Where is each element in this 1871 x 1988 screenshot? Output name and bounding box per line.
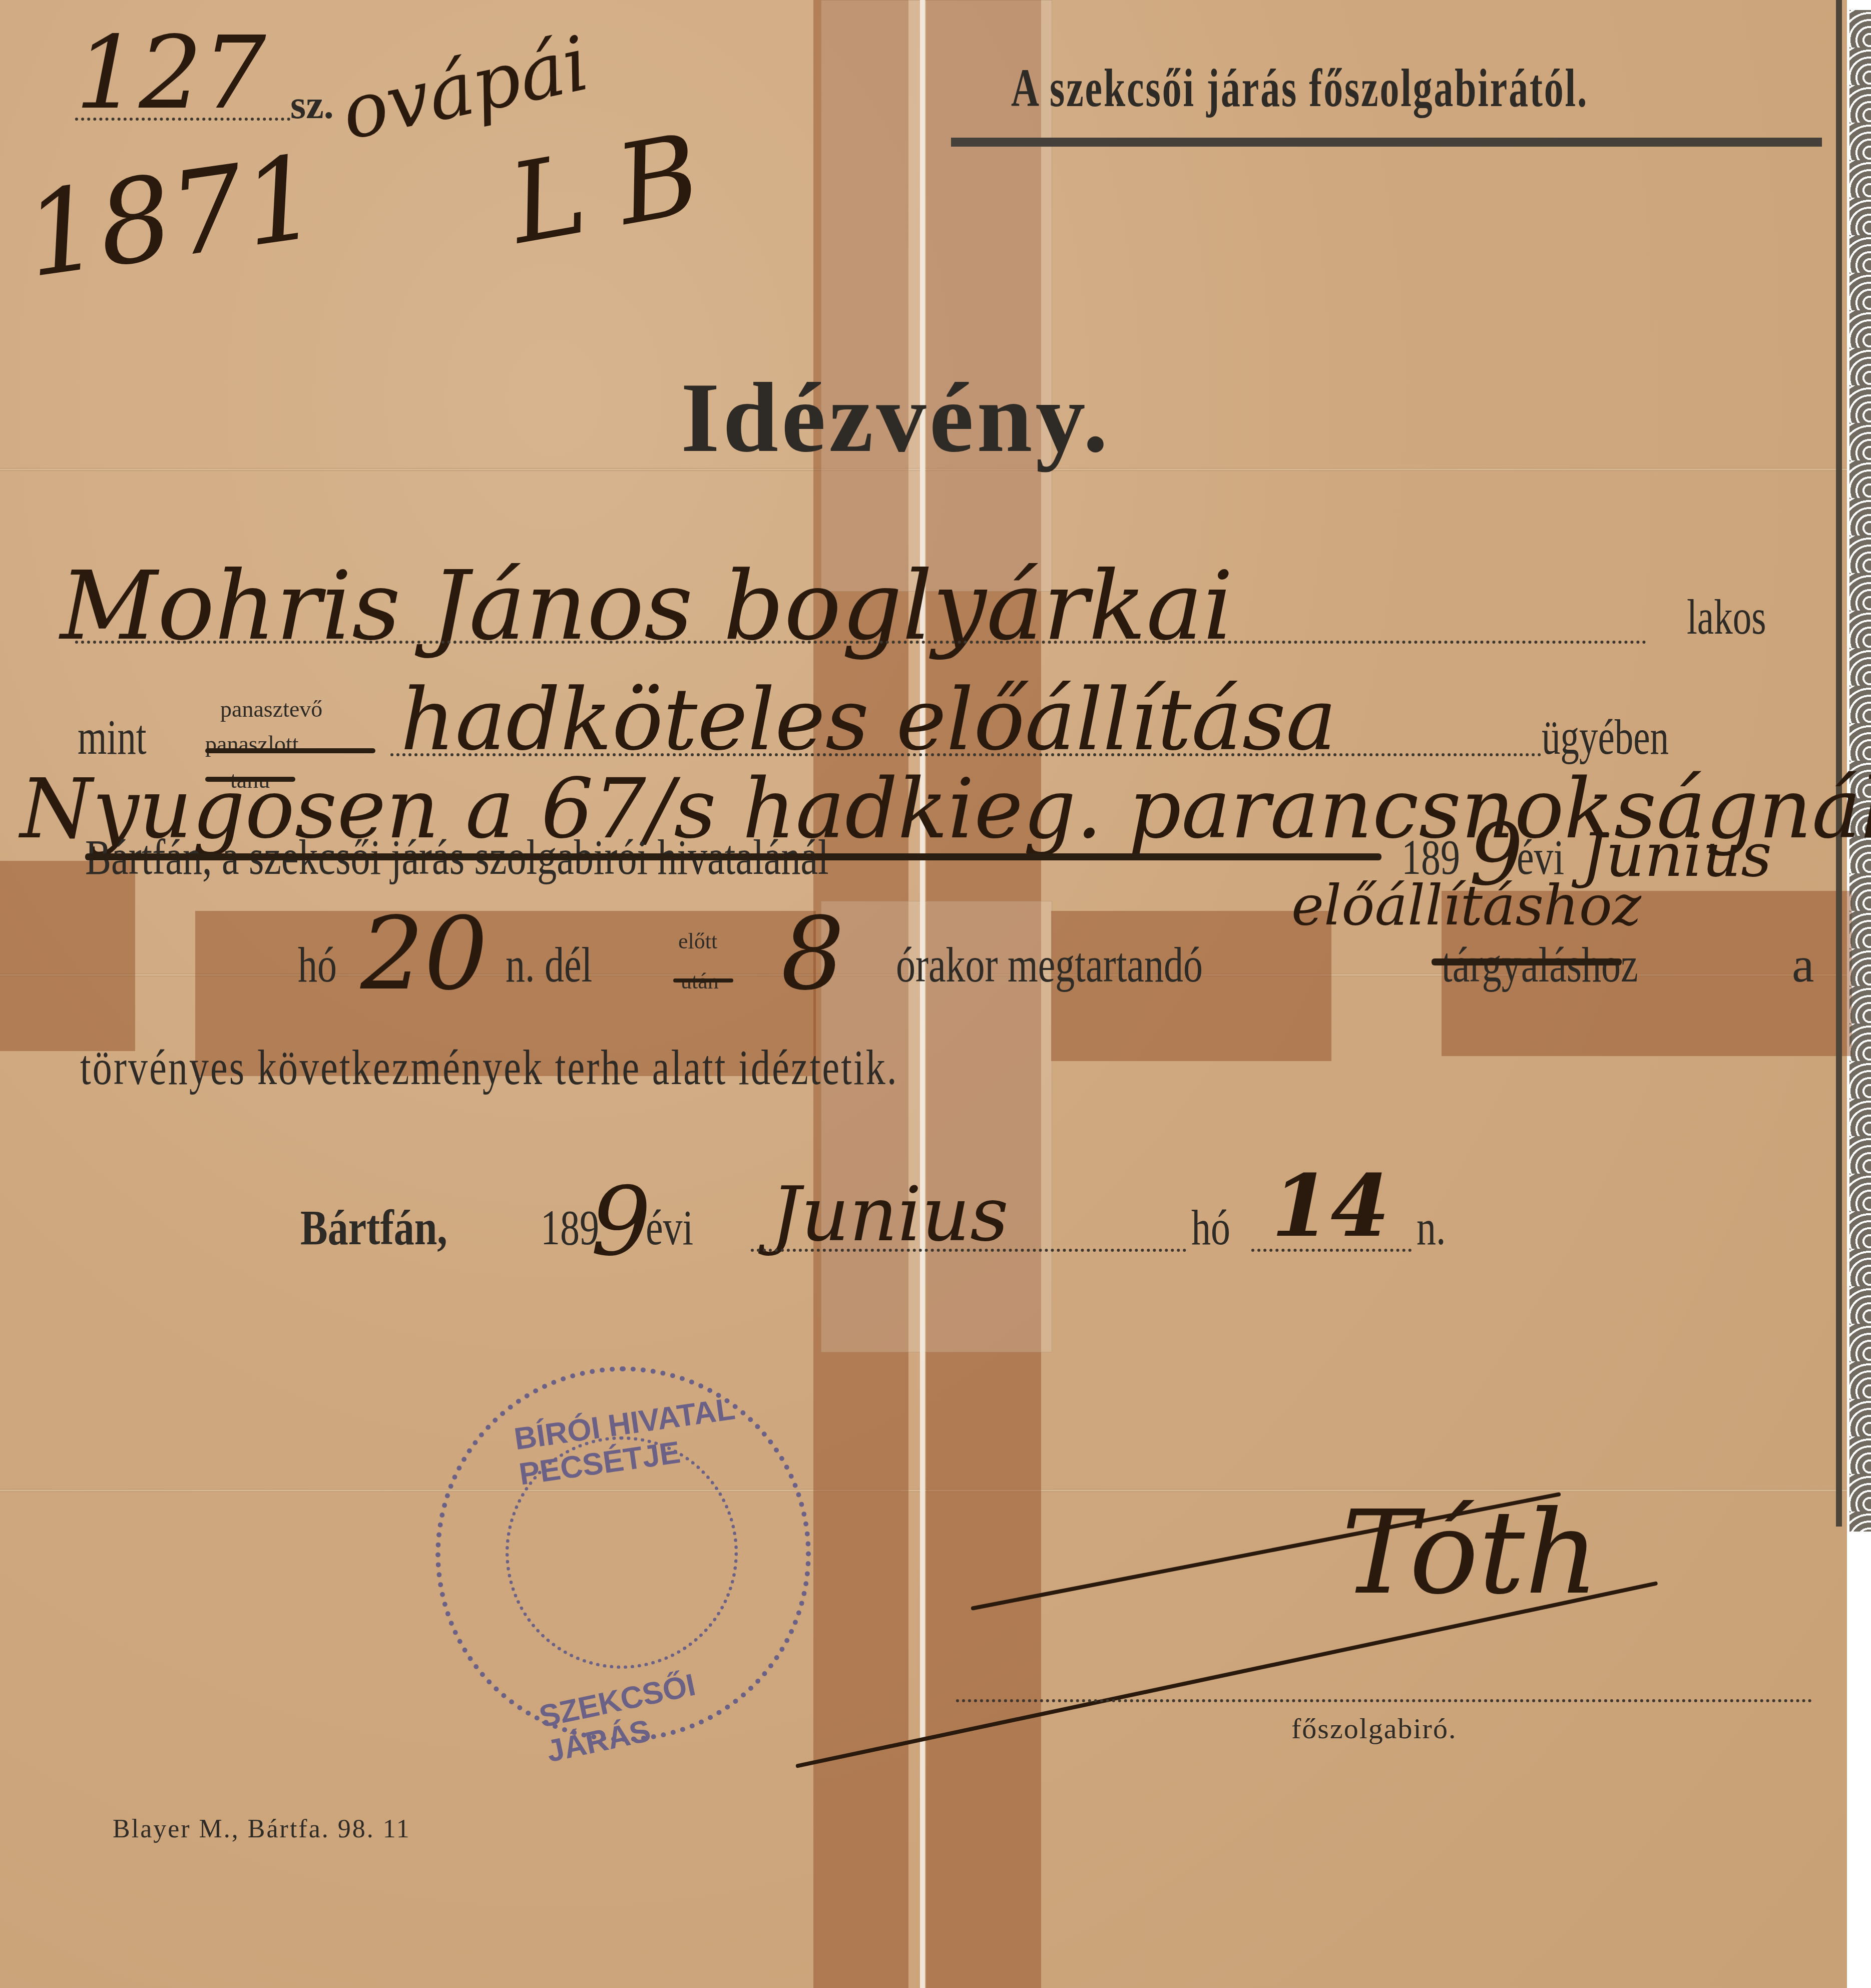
dotted-line [75,118,290,121]
consequence-text: törvényes következmények terhe alatt idé… [80,1039,898,1096]
dotted-line [390,753,1542,756]
strikethrough [85,853,1381,860]
header-rule [951,138,1822,147]
dateline-day-label: n. [1417,1199,1446,1256]
day-handwritten: 20 [360,896,488,1013]
dateline-month-label: hó [1191,1199,1230,1256]
dateline-month: Junius [771,1171,1009,1258]
hour-label: órakor megtartandó [896,936,1203,993]
dotted-line [75,641,1647,644]
dateline-place: Bártfán, [300,1199,447,1256]
registry-number: 127 [75,15,266,132]
ampm-before: előtt [678,928,717,954]
dotted-line [1251,1249,1412,1252]
final-a: a [1792,936,1814,993]
day-label: n. dél [506,936,592,993]
tape-stain-horizontal [0,861,135,1051]
person-name: Mohris János boglyárkai [60,551,1233,661]
hour-handwritten: 8 [781,896,844,1013]
inserted-word: előállításhoz [1291,873,1641,937]
signature-dotted-line [956,1699,1812,1702]
issuer-header: A szekcsői járás főszolgabirától. [1011,58,1588,120]
printer-imprint: Blayer M., Bártfa. 98. 11 [113,1814,411,1844]
as-label: mint [78,708,147,766]
matter-label: ügyében [1542,708,1669,766]
strikethrough [205,748,375,753]
dateline-year-label: évi [646,1199,693,1256]
strikethrough [673,978,733,982]
number-label: sz. [290,83,334,128]
official-seal: BÍRÓI HIVATAL PECSÉTJE SZEKCSŐI JÁRÁS [435,1366,811,1742]
dotted-line [751,1249,1186,1252]
dateline-year-digit: 9 [591,1166,651,1277]
resident-label: lakos [1687,588,1766,646]
signature-title: főszolgabiró. [1291,1712,1457,1745]
signature: Tóth [1341,1486,1599,1620]
strikethrough [1432,958,1622,965]
month-label: hó [298,936,337,993]
document-title: Idézvény. [681,360,1111,475]
role-option-complainant: panasztevő [220,696,322,722]
role-option-defendant: panaszlott [205,731,299,757]
dateline-day: 14 [1271,1156,1390,1256]
center-tear [920,0,925,1988]
